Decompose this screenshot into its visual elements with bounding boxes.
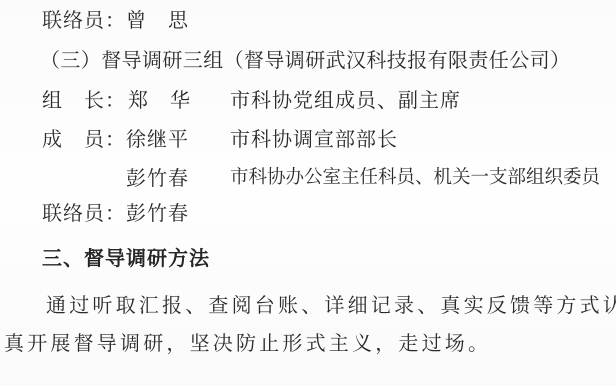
member-name: 徐继平	[126, 127, 189, 151]
member-position: 市科协调宣部部长	[230, 127, 398, 151]
document-page: 联络员： 曾 思 （三）督导调研三组（督导调研武汉科技报有限责任公司） 组 长：…	[0, 0, 616, 386]
leader-label: 组 长：	[42, 88, 126, 112]
liaison-name: 曾 思	[126, 8, 189, 32]
members-label: 成 员：	[42, 127, 126, 151]
paragraph-line: 真开展督导调研，坚决防止形式主义，走过场。	[4, 331, 491, 355]
liaison-name: 彭竹春	[126, 201, 189, 225]
leader-position: 市科协党组成员、副主席	[230, 88, 461, 112]
member-position: 市科协办公室主任科员、机关一支部组织委员	[230, 166, 600, 190]
liaison-label: 联络员：	[42, 8, 126, 32]
leader-name: 郑 华	[128, 88, 191, 112]
group-title: （三）督导调研三组（督导调研武汉科技报有限责任公司）	[40, 48, 570, 72]
paragraph-line: 通过听取汇报、查阅台账、详细记录、真实反馈等方式认	[46, 293, 616, 317]
member-name: 彭竹春	[126, 166, 189, 190]
liaison-label: 联络员：	[42, 201, 126, 225]
section-heading: 三、督导调研方法	[42, 246, 210, 270]
